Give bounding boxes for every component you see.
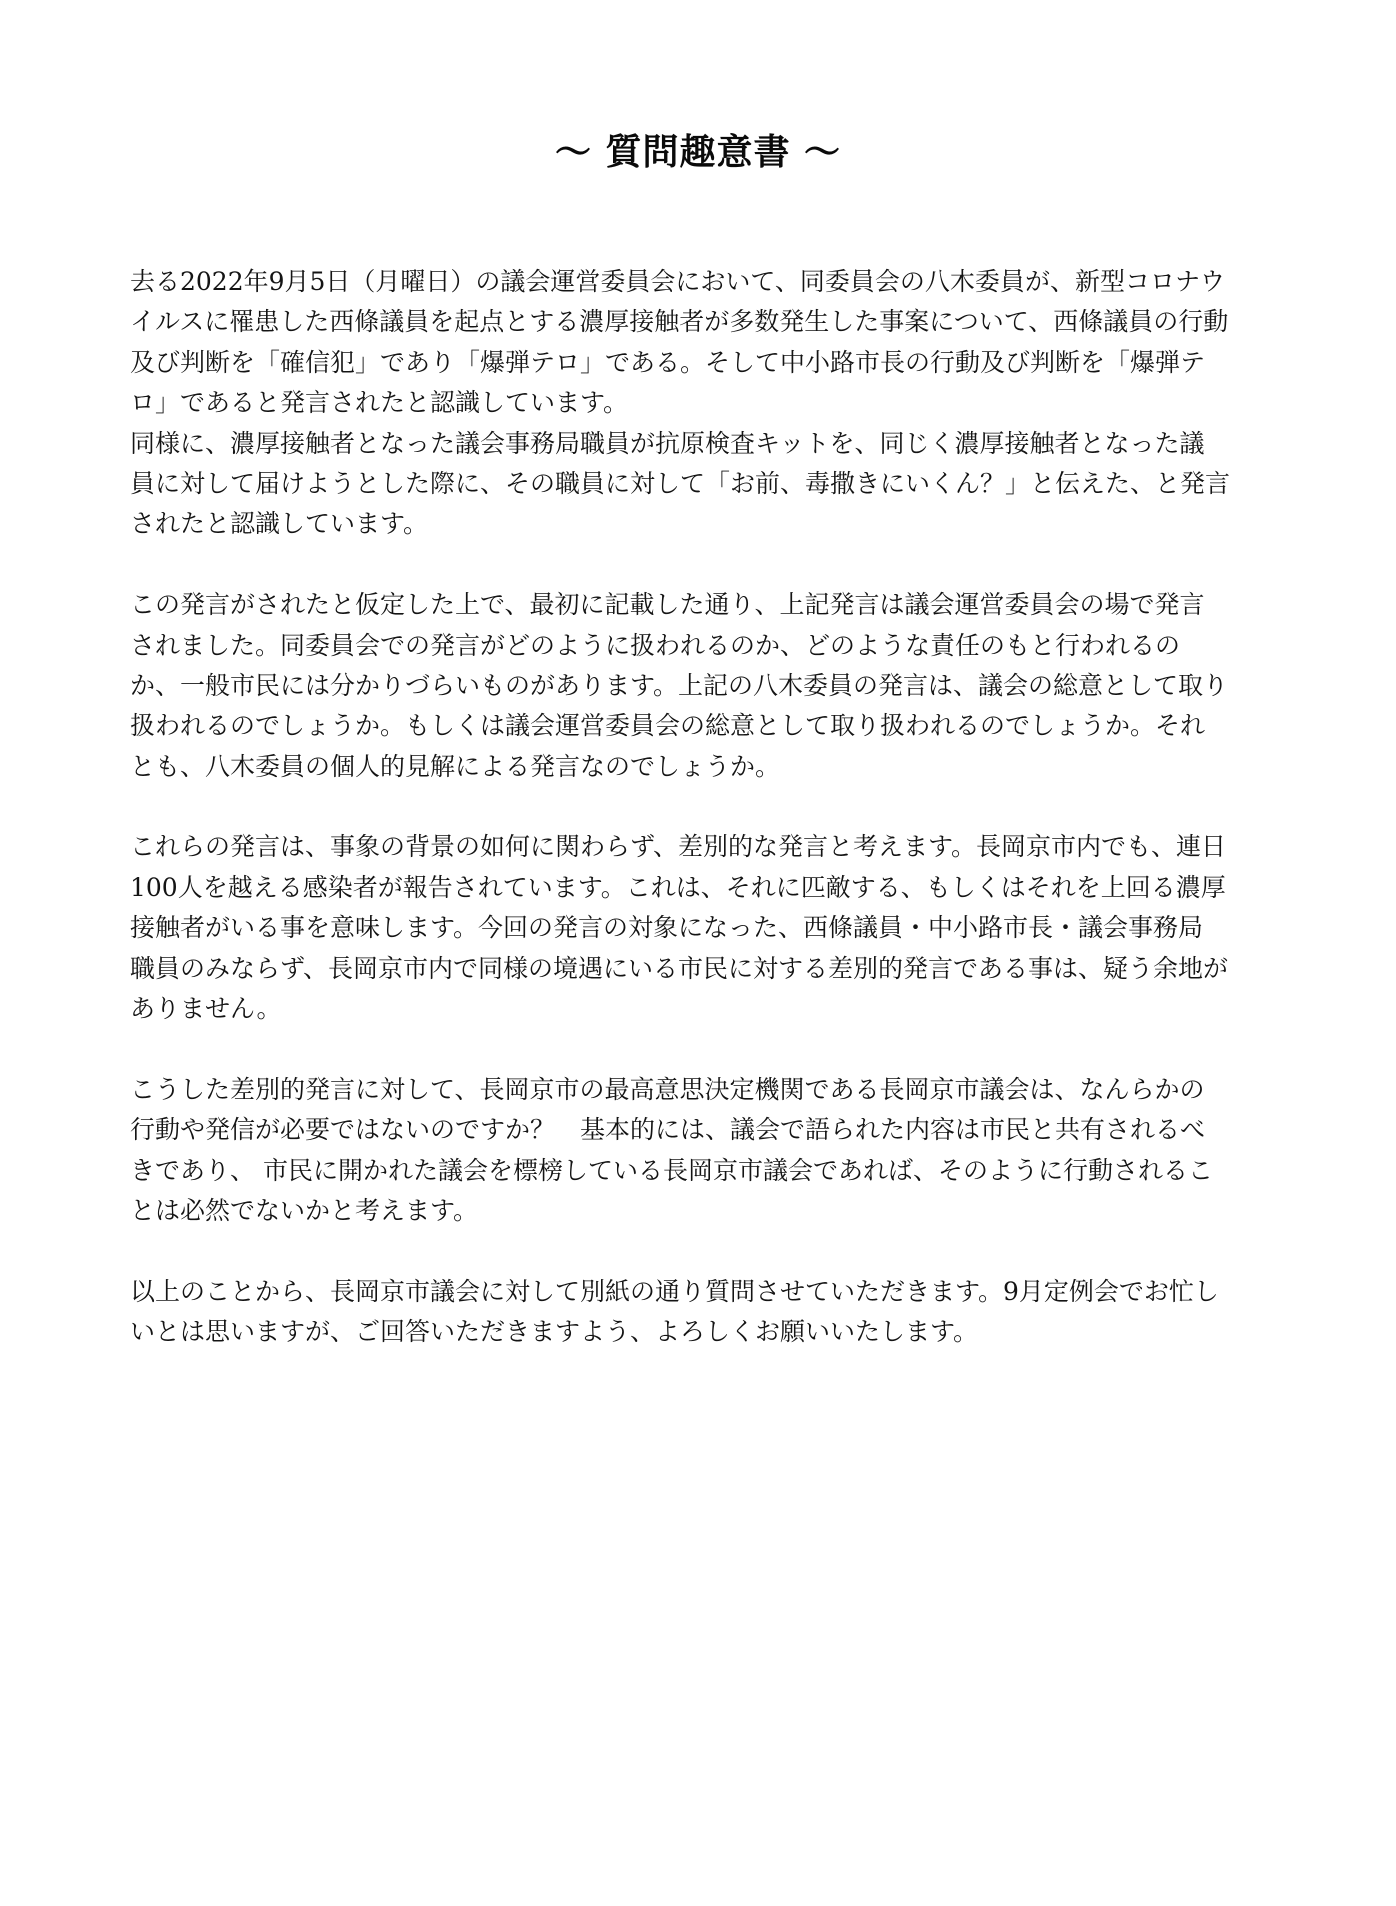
text-line: 扱われるのでしょうか。もしくは議会運営委員会の総意として取り扱われるのでしょうか… bbox=[130, 706, 1270, 746]
text-line: 同様に、濃厚接触者となった議会事務局職員が抗原検査キットを、同じく濃厚接触者とな… bbox=[130, 424, 1270, 464]
paragraph-committee-question: この発言がされたと仮定した上で、最初に記載した通り、上記発言は議会運営委員会の場… bbox=[130, 585, 1270, 787]
text-line: 行動や発信が必要ではないのですか？ 基本的には、議会で語られた内容は市民と共有さ… bbox=[130, 1110, 1270, 1150]
document-title: 〜 質問趣意書 〜 bbox=[0, 128, 1396, 176]
text-line: イルスに罹患した西條議員を起点とする濃厚接触者が多数発生した事案について、西條議… bbox=[130, 302, 1270, 342]
text-line: いとは思いますが、ご回答いただきますよう、よろしくお願いいたします。 bbox=[130, 1312, 1270, 1352]
text-line: 去る2022年9月5日（月曜日）の議会運営委員会において、同委員会の八木委員が、… bbox=[130, 262, 1270, 302]
text-line: この発言がされたと仮定した上で、最初に記載した通り、上記発言は議会運営委員会の場… bbox=[130, 585, 1270, 625]
text-line: 以上のことから、長岡京市議会に対して別紙の通り質問させていただきます。9月定例会… bbox=[130, 1272, 1270, 1312]
text-line: ロ」であると発言されたと認識しています。 bbox=[130, 383, 1270, 423]
text-line: これらの発言は、事象の背景の如何に関わらず、差別的な発言と考えます。長岡京市内で… bbox=[130, 827, 1270, 867]
text-line: 接触者がいる事を意味します。今回の発言の対象になった、西條議員・中小路市長・議会… bbox=[130, 908, 1270, 948]
text-line: 職員のみならず、長岡京市内で同様の境遇にいる市民に対する差別的発言である事は、疑… bbox=[130, 949, 1270, 989]
document-body: 去る2022年9月5日（月曜日）の議会運営委員会において、同委員会の八木委員が、… bbox=[130, 262, 1270, 1393]
paragraph-council-action: こうした差別的発言に対して、長岡京市の最高意思決定機関である長岡京市議会は、なん… bbox=[130, 1070, 1270, 1232]
text-line: とは必然でないかと考えます。 bbox=[130, 1191, 1270, 1231]
text-line: ありません。 bbox=[130, 989, 1270, 1029]
text-line: とも、八木委員の個人的見解による発言なのでしょうか。 bbox=[130, 747, 1270, 787]
document-page: 〜 質問趣意書 〜 去る2022年9月5日（月曜日）の議会運営委員会において、同… bbox=[0, 0, 1396, 1906]
text-line: 員に対して届けようとした際に、その職員に対して「お前、毒撒きにいくん？」と伝えた… bbox=[130, 464, 1270, 504]
text-line: 及び判断を「確信犯」であり「爆弾テロ」である。そして中小路市長の行動及び判断を「… bbox=[130, 343, 1270, 383]
text-line: されました。同委員会での発言がどのように扱われるのか、どのような責任のもと行われ… bbox=[130, 626, 1270, 666]
text-line: きであり、 市民に開かれた議会を標榜している長岡京市議会であれば、そのように行動… bbox=[130, 1151, 1270, 1191]
paragraph-incident-summary: 去る2022年9月5日（月曜日）の議会運営委員会において、同委員会の八木委員が、… bbox=[130, 262, 1270, 545]
text-line: 100人を越える感染者が報告されています。これは、それに匹敵する、もしくはそれを… bbox=[130, 868, 1270, 908]
paragraph-closing-request: 以上のことから、長岡京市議会に対して別紙の通り質問させていただきます。9月定例会… bbox=[130, 1272, 1270, 1353]
text-line: こうした差別的発言に対して、長岡京市の最高意思決定機関である長岡京市議会は、なん… bbox=[130, 1070, 1270, 1110]
paragraph-discrimination-concern: これらの発言は、事象の背景の如何に関わらず、差別的な発言と考えます。長岡京市内で… bbox=[130, 827, 1270, 1029]
text-line: か、一般市民には分かりづらいものがあります。上記の八木委員の発言は、議会の総意と… bbox=[130, 666, 1270, 706]
text-line: されたと認識しています。 bbox=[130, 504, 1270, 544]
